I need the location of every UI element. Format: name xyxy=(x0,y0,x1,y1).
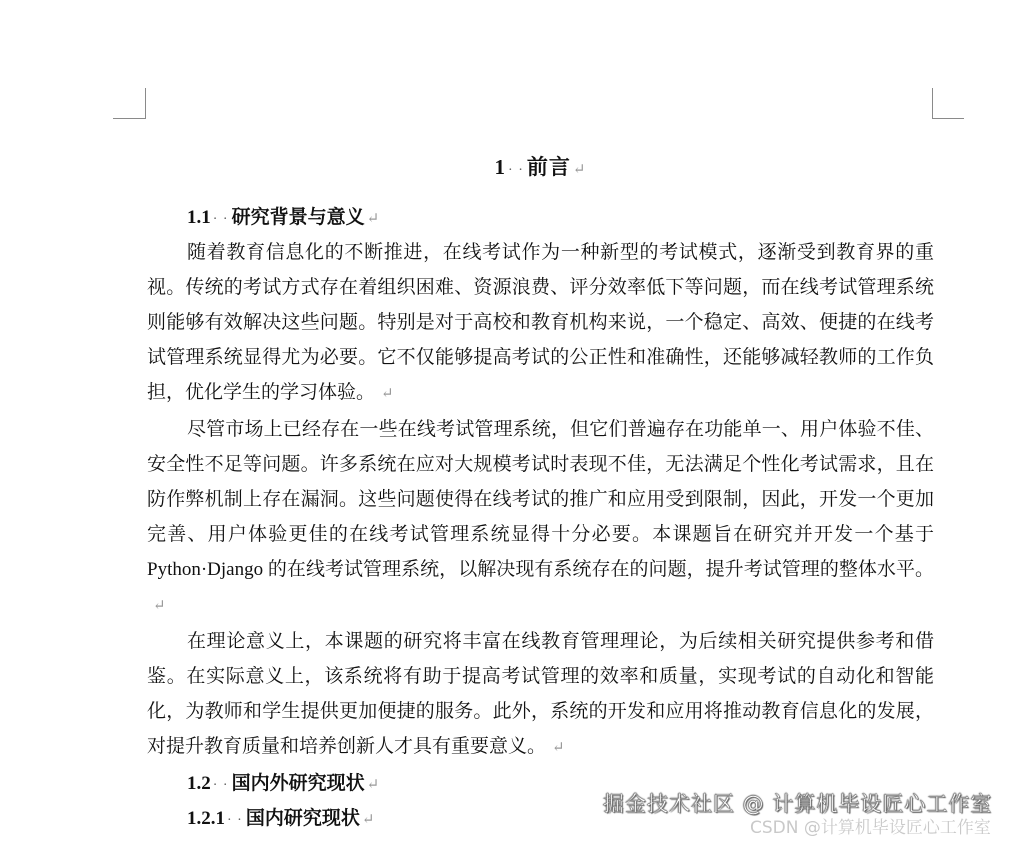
paragraph-text: 尽管市场上已经存在一些在线考试管理系统，但它们普遍存在功能单一、用户体验不佳、安… xyxy=(147,419,934,580)
top-right-margin-corner-mark xyxy=(932,88,964,119)
body-paragraph-problems: 尽管市场上已经存在一些在线考试管理系统，但它们普遍存在功能单一、用户体验不佳、安… xyxy=(147,412,934,624)
document-body: 1· ·前言↵ 1.1· ·研究背景与意义↵ 随着教育信息化的不断推进，在线考试… xyxy=(147,148,934,836)
section-number: 1.1 xyxy=(187,207,211,228)
paragraph-text: 随着教育信息化的不断推进，在线考试作为一种新型的考试模式，逐渐受到教育界的重视。… xyxy=(147,242,934,403)
chapter-title: 1· ·前言↵ xyxy=(147,148,934,186)
body-paragraph-background: 随着教育信息化的不断推进，在线考试作为一种新型的考试模式，逐渐受到教育界的重视。… xyxy=(147,235,934,412)
chapter-number: 1 xyxy=(495,155,507,179)
paragraph-mark-icon: ↵ xyxy=(573,162,587,178)
section-heading-text: 国内外研究现状 xyxy=(232,773,365,794)
section-number: 1.2.1 xyxy=(187,808,225,829)
paragraph-mark-icon: ↵ xyxy=(153,598,166,614)
tab-marker: · · xyxy=(213,778,229,793)
csdn-watermark: CSDN @计算机毕设匠心工作室 xyxy=(750,813,991,838)
paragraph-mark-icon: ↵ xyxy=(367,777,380,793)
document-page: 1· ·前言↵ 1.1· ·研究背景与意义↵ 随着教育信息化的不断推进，在线考试… xyxy=(0,0,1027,841)
tab-marker: · · xyxy=(227,813,243,828)
chapter-title-text: 前言 xyxy=(527,155,571,179)
section-number: 1.2 xyxy=(187,773,211,794)
tab-marker: · · xyxy=(508,163,524,178)
paragraph-mark-icon: ↵ xyxy=(381,386,394,402)
body-paragraph-significance: 在理论意义上，本课题的研究将丰富在线教育管理理论，为后续相关研究提供参考和借鉴。… xyxy=(147,624,934,766)
paragraph-text: 在理论意义上，本课题的研究将丰富在线教育管理理论，为后续相关研究提供参考和借鉴。… xyxy=(147,631,934,757)
section-heading-text: 研究背景与意义 xyxy=(232,207,365,228)
paragraph-mark-icon: ↵ xyxy=(552,740,565,756)
paragraph-mark-icon: ↵ xyxy=(362,812,375,828)
paragraph-mark-icon: ↵ xyxy=(367,211,380,227)
top-left-margin-corner-mark xyxy=(113,88,146,119)
section-heading-text: 国内研究现状 xyxy=(246,808,360,829)
tab-marker: · · xyxy=(213,212,229,227)
section-heading-1-1: 1.1· ·研究背景与意义↵ xyxy=(147,200,934,235)
